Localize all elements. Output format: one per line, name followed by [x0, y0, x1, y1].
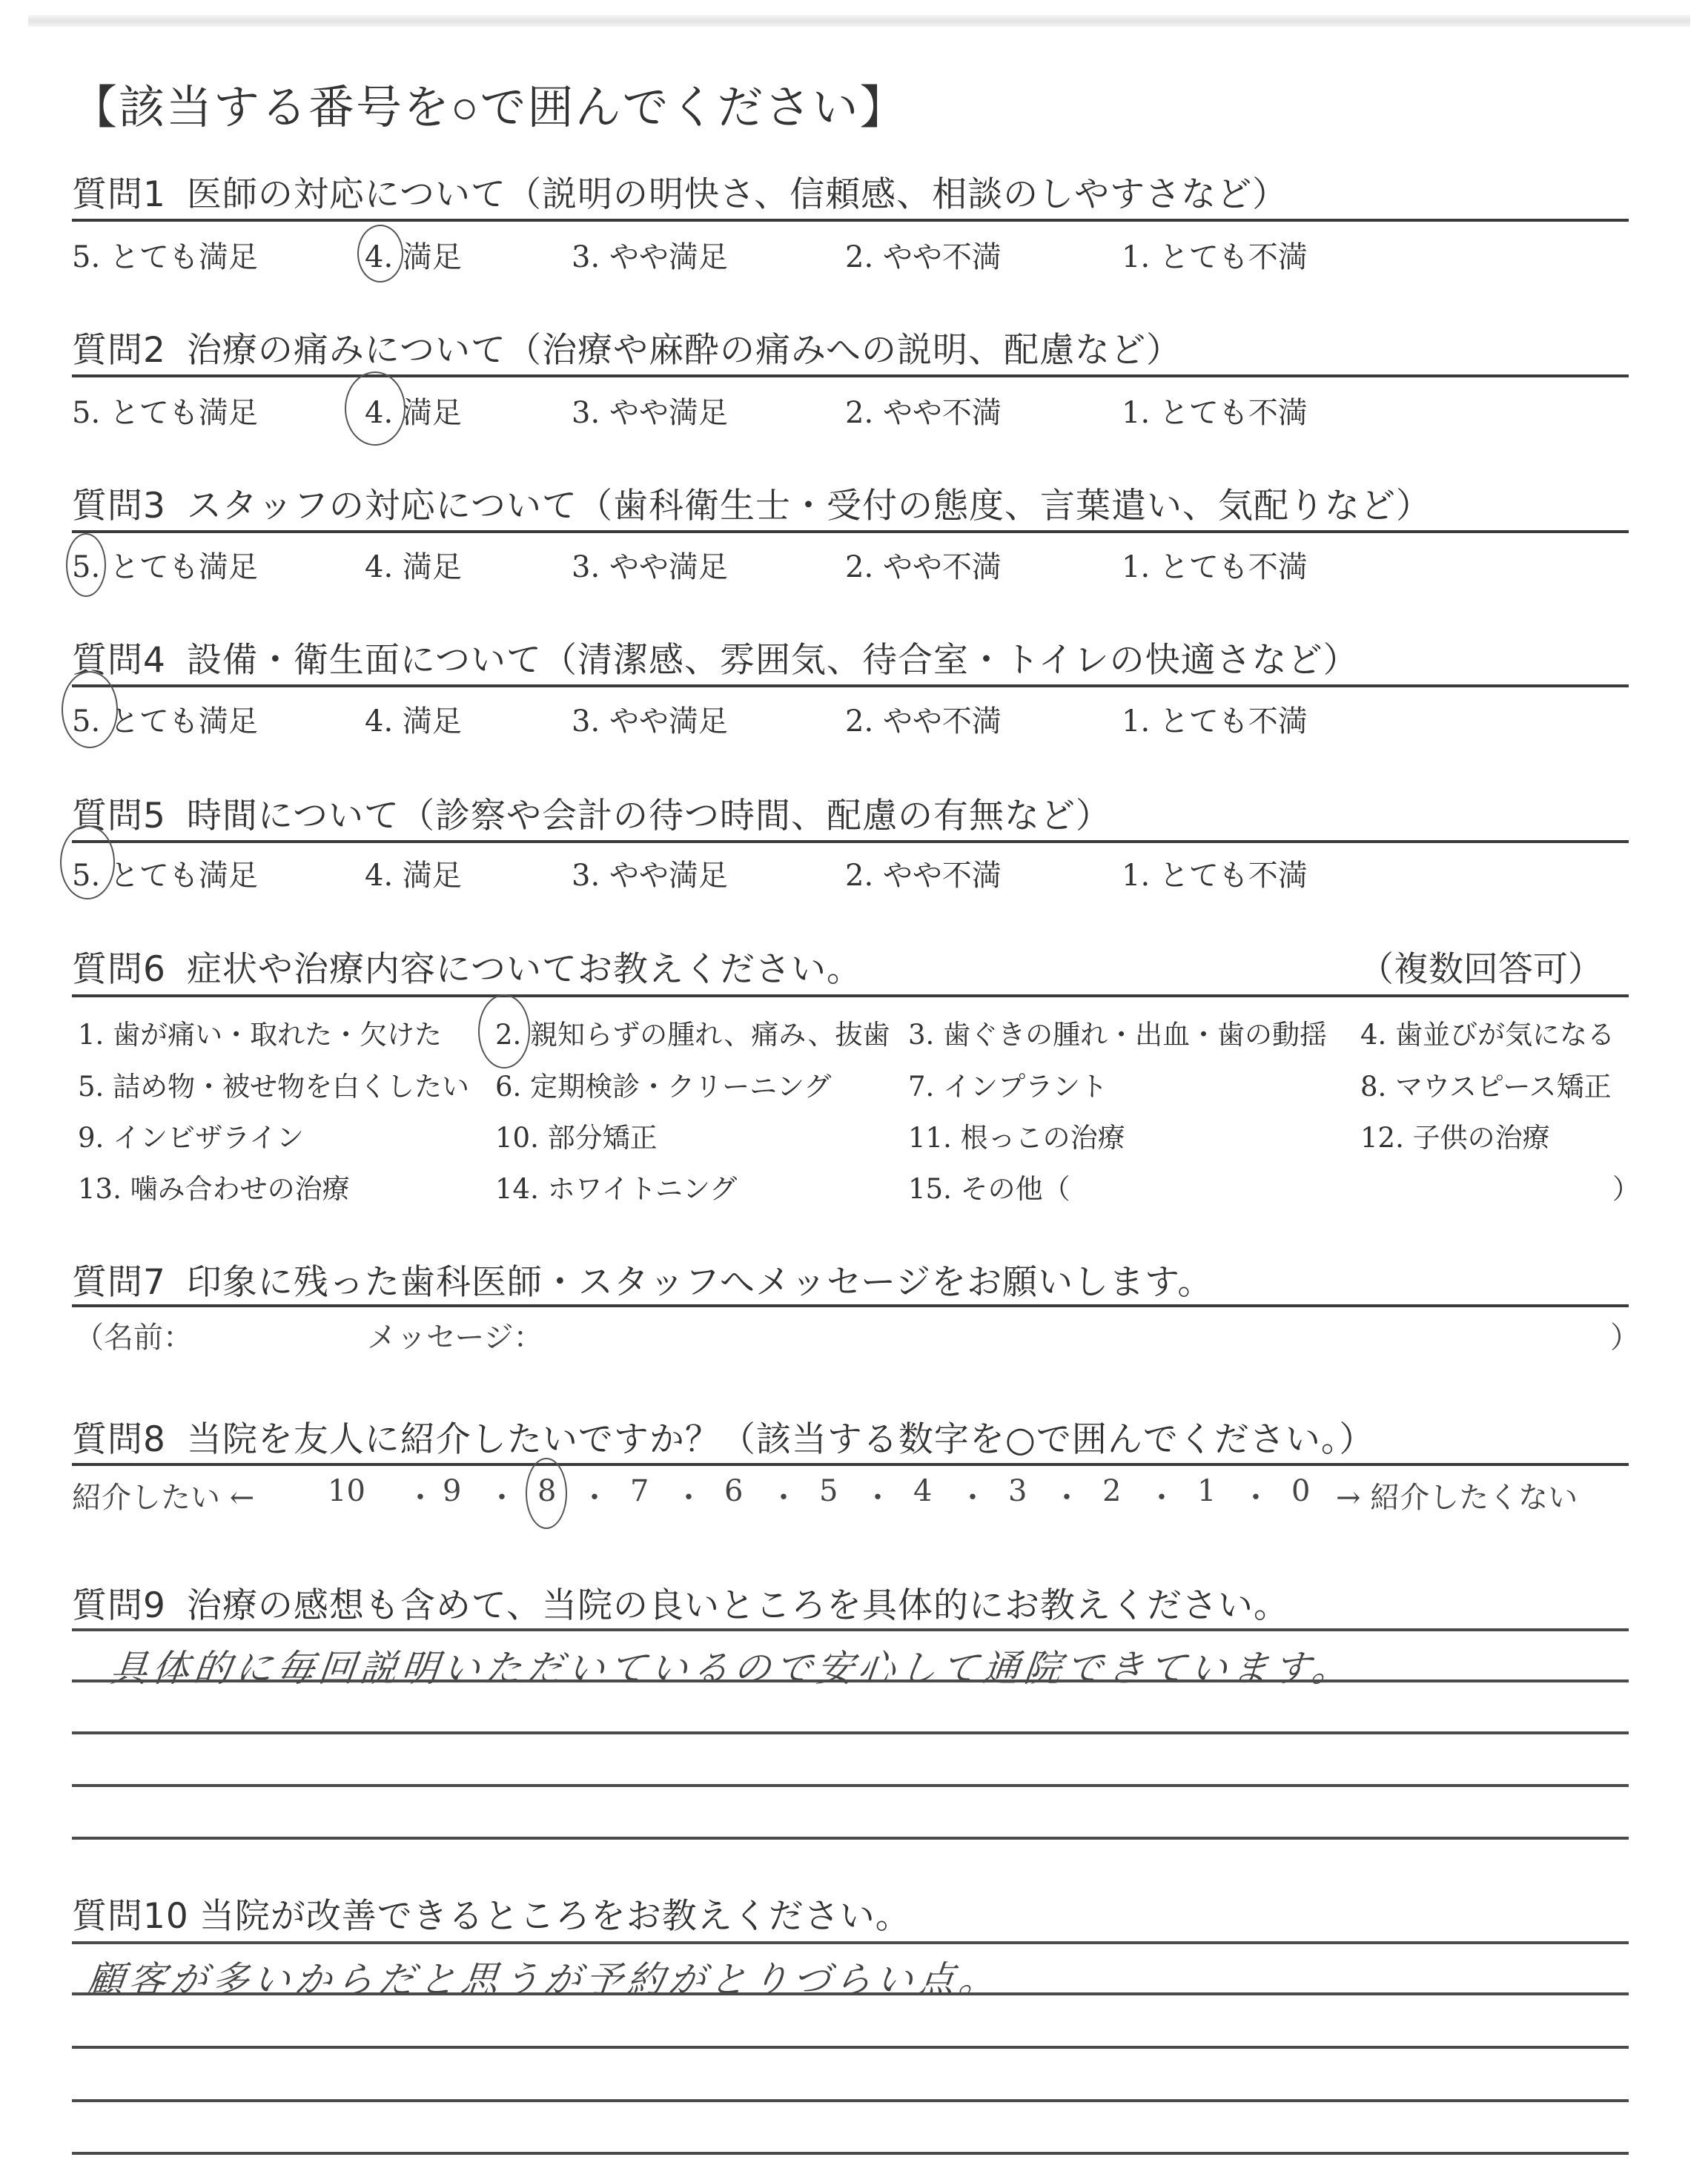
question-text: 当院を友人に紹介したいですか？（該当する数字を○で囲んでください。）: [187, 1419, 1375, 1460]
scale-4[interactable]: 4: [913, 1474, 932, 1508]
divider: [72, 684, 1629, 687]
question-text: 設備・衛生面について（清潔感、雰囲気、待合室・トイレの快適さなど）: [187, 640, 1359, 681]
question-number: 質問6: [72, 949, 166, 990]
scale-5[interactable]: 5: [819, 1474, 838, 1508]
option-2[interactable]: 2. やや不満: [845, 852, 1002, 894]
question-number: 質問9: [72, 1585, 166, 1626]
question-2-options: 5. とても満足 4. 満足 3. やや満足 2. やや不満 1. とても不満: [72, 389, 1629, 426]
divider: [72, 219, 1629, 222]
symptom-option-4[interactable]: 4. 歯並びが気になる: [1360, 1012, 1615, 1052]
option-2[interactable]: 2. やや不満: [845, 389, 1002, 432]
option-5[interactable]: 5. とても満足: [72, 234, 258, 276]
symptom-option-14[interactable]: 14. ホワイトニング: [495, 1166, 737, 1206]
page-title: 【該当する番号を○で囲んでください】: [71, 70, 907, 136]
close-paren: ）: [1610, 1314, 1640, 1356]
question-5-options: 5. とても満足 4. 満足 3. やや満足 2. やや不満 1. とても不満: [72, 852, 1629, 889]
symptom-options: 1. 歯が痛い・取れた・欠けた 2. 親知らずの腫れ、痛み、抜歯 3. 歯ぐきの…: [78, 1012, 1635, 1205]
answer-line: [72, 1628, 1629, 1631]
question-text: 時間について（診察や会計の待つ時間、配慮の有無など）: [187, 796, 1111, 836]
question-text: スタッフの対応について（歯科衛生士・受付の態度、言葉遣い、気配りなど）: [187, 486, 1431, 526]
question-text: 印象に残った歯科医師・スタッフへメッセージをお願いします。: [187, 1262, 1213, 1303]
scan-top-edge: [28, 15, 1690, 27]
divider: [72, 994, 1629, 997]
answer-line: [72, 1941, 1629, 1944]
handwritten-answer-improvements[interactable]: 顧客が多いからだと思うが予約がとりづらい点。: [85, 1950, 1004, 2004]
question-9-header: 質問9治療の感想も含めて、当院の良いところを具体的にお教えください。: [72, 1578, 1289, 1628]
option-1[interactable]: 1. とても不満: [1122, 234, 1308, 276]
question-1-header: 質問1医師の対応について（説明の明快さ、信頼感、相談のしやすさなど）: [72, 167, 1288, 217]
selection-circle: [62, 671, 118, 748]
message-label: メッセージ：: [367, 1314, 543, 1356]
answer-line: [72, 2099, 1629, 2102]
scale-3[interactable]: 3: [1008, 1474, 1027, 1508]
question-number: 質問2: [72, 330, 166, 371]
option-3[interactable]: 3. やや満足: [572, 389, 728, 432]
scale-6[interactable]: 6: [724, 1474, 743, 1508]
recommend-left-label: 紹介したい ←: [72, 1474, 254, 1516]
divider: [72, 1304, 1629, 1307]
answer-line: [72, 1837, 1629, 1840]
option-3[interactable]: 3. やや満足: [572, 234, 728, 276]
divider: [72, 374, 1629, 377]
multiple-answers-note: （複数回答可）: [1359, 942, 1603, 991]
question-text: 当院が改善できるところをお教えください。: [199, 1896, 911, 1937]
recommend-right-label: → 紹介したくない: [1336, 1474, 1578, 1516]
symptom-option-15[interactable]: 15. その他（: [908, 1166, 1070, 1206]
symptom-option-3[interactable]: 3. 歯ぐきの腫れ・出血・歯の動揺: [908, 1012, 1327, 1052]
message-line: （名前： メッセージ： ）: [74, 1314, 1631, 1351]
option-4[interactable]: 4. 満足: [365, 698, 462, 740]
scale-9[interactable]: 9: [443, 1474, 461, 1508]
option-2[interactable]: 2. やや不満: [845, 698, 1002, 740]
question-10-header: 質問10当院が改善できるところをお教えください。: [72, 1889, 911, 1938]
question-7-header: 質問7印象に残った歯科医師・スタッフへメッセージをお願いします。: [72, 1255, 1213, 1304]
selection-circle: [345, 371, 406, 446]
option-3[interactable]: 3. やや満足: [572, 544, 728, 586]
recommend-scale: 紹介したい ← 10 ・ 9 ・ 8 ・ 7 ・ 6 ・ 5 ・ 4 ・ 3 ・…: [72, 1474, 1636, 1515]
option-2[interactable]: 2. やや不満: [845, 234, 1002, 276]
answer-line: [72, 1680, 1629, 1682]
question-8-header: 質問8当院を友人に紹介したいですか？（該当する数字を○で囲んでください。）: [72, 1412, 1374, 1462]
scale-1[interactable]: 1: [1197, 1474, 1216, 1508]
question-1-options: 5. とても満足 4. 満足 3. やや満足 2. やや不満 1. とても不満: [72, 234, 1629, 271]
question-text: 医師の対応について（説明の明快さ、信頼感、相談のしやすさなど）: [187, 174, 1288, 215]
divider: [72, 1463, 1629, 1466]
other-close-paren: ）: [1612, 1166, 1640, 1206]
scale-2[interactable]: 2: [1102, 1474, 1121, 1508]
scale-10[interactable]: 10: [328, 1474, 365, 1508]
divider: [72, 840, 1629, 843]
symptom-option-6[interactable]: 6. 定期検診・クリーニング: [495, 1064, 831, 1104]
scale-7[interactable]: 7: [630, 1474, 649, 1508]
question-5-header: 質問5時間について（診察や会計の待つ時間、配慮の有無など）: [72, 788, 1111, 838]
selection-circle: [60, 825, 115, 899]
answer-line: [72, 2046, 1629, 2049]
selection-circle: [66, 533, 106, 597]
symptom-option-13[interactable]: 13. 噛み合わせの治療: [78, 1166, 350, 1206]
question-number: 質問8: [72, 1419, 166, 1460]
answer-line: [72, 2152, 1629, 2155]
question-text: 治療の痛みについて（治療や麻酔の痛みへの説明、配慮など）: [187, 330, 1182, 371]
divider: [72, 530, 1629, 533]
answer-line: [72, 1992, 1629, 1995]
question-text: 症状や治療内容についてお教えください。: [187, 949, 862, 990]
question-text: 治療の感想も含めて、当院の良いところを具体的にお教えください。: [187, 1585, 1289, 1626]
option-1[interactable]: 1. とても不満: [1122, 389, 1308, 432]
symptom-option-11[interactable]: 11. 根っこの治療: [908, 1115, 1125, 1155]
name-label: （名前：: [74, 1314, 193, 1356]
question-number: 質問3: [72, 486, 166, 526]
scale-0[interactable]: 0: [1291, 1474, 1310, 1508]
symptom-option-12[interactable]: 12. 子供の治療: [1360, 1115, 1550, 1155]
question-4-options: 5. とても満足 4. 満足 3. やや満足 2. やや不満 1. とても不満: [72, 698, 1629, 735]
question-number: 質問1: [72, 174, 166, 215]
option-3[interactable]: 3. やや満足: [572, 852, 728, 894]
symptom-option-1[interactable]: 1. 歯が痛い・取れた・欠けた: [78, 1012, 442, 1052]
question-3-header: 質問3スタッフの対応について（歯科衛生士・受付の態度、言葉遣い、気配りなど）: [72, 478, 1431, 528]
selection-circle: [526, 1458, 567, 1529]
handwritten-answer-good-points[interactable]: 具体的に毎回説明いただいているので安心して通院できています。: [108, 1639, 1357, 1692]
answer-line: [72, 1784, 1629, 1787]
symptom-option-8[interactable]: 8. マウスピース矯正: [1360, 1064, 1612, 1104]
symptom-option-10[interactable]: 10. 部分矯正: [495, 1115, 658, 1155]
option-4[interactable]: 4. 満足: [365, 544, 462, 586]
question-4-header: 質問4設備・衛生面について（清潔感、雰囲気、待合室・トイレの快適さなど）: [72, 633, 1359, 682]
option-1[interactable]: 1. とても不満: [1122, 544, 1308, 586]
selection-circle: [357, 225, 403, 283]
question-6-header: 質問6症状や治療内容についてお教えください。: [72, 942, 862, 991]
option-2[interactable]: 2. やや不満: [845, 544, 1002, 586]
symptom-option-9[interactable]: 9. インビザライン: [78, 1115, 304, 1155]
symptom-option-5[interactable]: 5. 詰め物・被せ物を白くしたい: [78, 1064, 469, 1104]
option-1[interactable]: 1. とても不満: [1122, 852, 1308, 894]
symptom-option-7[interactable]: 7. インプラント: [908, 1064, 1108, 1104]
selection-circle: [478, 994, 530, 1069]
answer-line: [72, 1731, 1629, 1734]
question-number: 質問7: [72, 1262, 166, 1303]
symptom-option-2[interactable]: 2. 親知らずの腫れ、痛み、抜歯: [495, 1012, 890, 1052]
option-5[interactable]: 5. とても満足: [72, 389, 258, 432]
option-3[interactable]: 3. やや満足: [572, 698, 728, 740]
option-1[interactable]: 1. とても不満: [1122, 698, 1308, 740]
question-2-header: 質問2治療の痛みについて（治療や麻酔の痛みへの説明、配慮など）: [72, 323, 1182, 372]
question-3-options: 5. とても満足 4. 満足 3. やや満足 2. やや不満 1. とても不満: [72, 544, 1629, 581]
question-number: 質問10: [72, 1896, 189, 1937]
option-4[interactable]: 4. 満足: [365, 852, 462, 894]
